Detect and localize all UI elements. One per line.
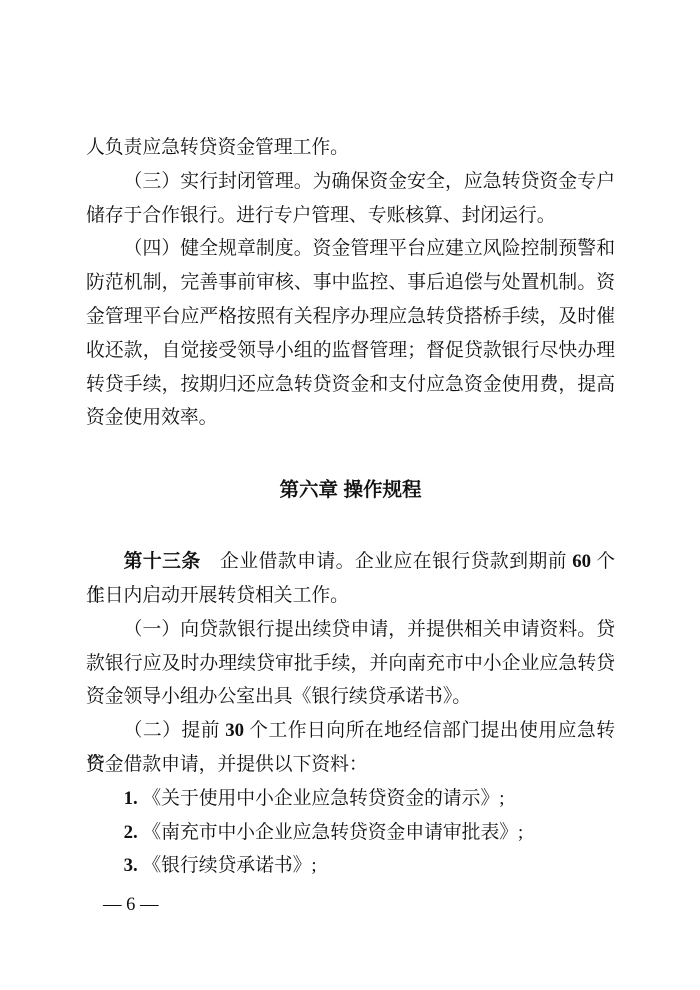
text-line: （一）向贷款银行提出续贷申请，并提供相关申请资料。贷 bbox=[86, 613, 615, 647]
text-segment: 储存于合作银行。进行专户管理、专账核算、封闭运行。 bbox=[86, 205, 556, 226]
text-line: 第十三条 企业借款申请。企业应在银行贷款到期前 60 个工 bbox=[86, 545, 615, 579]
text-segment: 防范机制，完善事前审核、事中监控、事后追偿与处置机制。资 bbox=[86, 272, 615, 293]
text-line: 3. 《银行续贷承诺书》; bbox=[86, 849, 615, 883]
document-body: 人负责应急转贷资金管理工作。（三）实行封闭管理。为确保资金安全，应急转贷资金专户… bbox=[86, 131, 615, 883]
text-segment: 《关于使用中小企业应急转贷资金的请示》; bbox=[138, 788, 505, 809]
text-line: 2. 《南充市中小企业应急转贷资金申请审批表》; bbox=[86, 816, 615, 850]
text-segment: （四）健全规章制度。资金管理平台应建立风险控制预警和 bbox=[124, 238, 615, 259]
text-segment: 《银行续贷承诺书》; bbox=[138, 855, 317, 876]
text-segment: 资金领导小组办公室出具《银行续贷承诺书》。 bbox=[86, 686, 471, 707]
bold-text-segment: 30 bbox=[225, 720, 244, 741]
page-number: — 6 — bbox=[103, 892, 159, 918]
bold-text-segment: 60 bbox=[572, 551, 591, 572]
document-page: 人负责应急转贷资金管理工作。（三）实行封闭管理。为确保资金安全，应急转贷资金专户… bbox=[0, 0, 700, 990]
text-line: 收还款，自觉接受领导小组的监督管理；督促贷款银行尽快办理 bbox=[86, 334, 615, 368]
bold-text-segment: 2. bbox=[124, 822, 138, 843]
text-segment: （一）向贷款银行提出续贷申请，并提供相关申请资料。贷 bbox=[124, 619, 615, 640]
text-line: 转贷手续，按期归还应急转贷资金和支付应急资金使用费，提高 bbox=[86, 368, 615, 402]
text-line: 人负责应急转贷资金管理工作。 bbox=[86, 131, 615, 165]
bold-text-segment: 3. bbox=[124, 855, 138, 876]
text-line: 金管理平台应严格按照有关程序办理应急转贷搭桥手续，及时催 bbox=[86, 300, 615, 334]
text-line: 资金借款申请，并提供以下资料： bbox=[86, 748, 615, 782]
text-line: （二）提前 30 个工作日向所在地经信部门提出使用应急转贷 bbox=[86, 714, 615, 748]
text-segment: 转贷手续，按期归还应急转贷资金和支付应急资金使用费，提高 bbox=[86, 374, 615, 395]
text-line: 款银行应及时办理续贷审批手续，并向南充市中小企业应急转贷 bbox=[86, 647, 615, 681]
text-segment: 资金借款申请，并提供以下资料： bbox=[86, 754, 368, 775]
text-segment: 作日内启动开展转贷相关工作。 bbox=[86, 585, 349, 606]
text-line: 1. 《关于使用中小企业应急转贷资金的请示》; bbox=[86, 782, 615, 816]
text-segment: （三）实行封闭管理。为确保资金安全，应急转贷资金专户 bbox=[124, 171, 615, 192]
text-line: 资金领导小组办公室出具《银行续贷承诺书》。 bbox=[86, 680, 615, 714]
text-line: 作日内启动开展转贷相关工作。 bbox=[86, 579, 615, 613]
text-line: （四）健全规章制度。资金管理平台应建立风险控制预警和 bbox=[86, 232, 615, 266]
text-segment: （二）提前 bbox=[124, 720, 226, 741]
text-segment: 资金使用效率。 bbox=[86, 407, 217, 428]
text-segment: 款银行应及时办理续贷审批手续，并向南充市中小企业应急转贷 bbox=[86, 653, 615, 674]
text-segment: 《南充市中小企业应急转贷资金申请审批表》; bbox=[138, 822, 524, 843]
section-heading: 第六章 操作规程 bbox=[86, 473, 615, 507]
bold-text-segment: 1. bbox=[124, 788, 138, 809]
text-segment: 金管理平台应严格按照有关程序办理应急转贷搭桥手续，及时催 bbox=[86, 306, 615, 327]
text-line: 防范机制，完善事前审核、事中监控、事后追偿与处置机制。资 bbox=[86, 266, 615, 300]
text-line: （三）实行封闭管理。为确保资金安全，应急转贷资金专户 bbox=[86, 165, 615, 199]
text-line: 储存于合作银行。进行专户管理、专账核算、封闭运行。 bbox=[86, 199, 615, 233]
text-segment: 企业借款申请。企业应在银行贷款到期前 bbox=[201, 551, 573, 572]
text-segment: 人负责应急转贷资金管理工作。 bbox=[86, 137, 349, 158]
text-segment: 收还款，自觉接受领导小组的监督管理；督促贷款银行尽快办理 bbox=[86, 340, 615, 361]
text-line: 资金使用效率。 bbox=[86, 401, 615, 435]
bold-text-segment: 第十三条 bbox=[124, 551, 201, 572]
